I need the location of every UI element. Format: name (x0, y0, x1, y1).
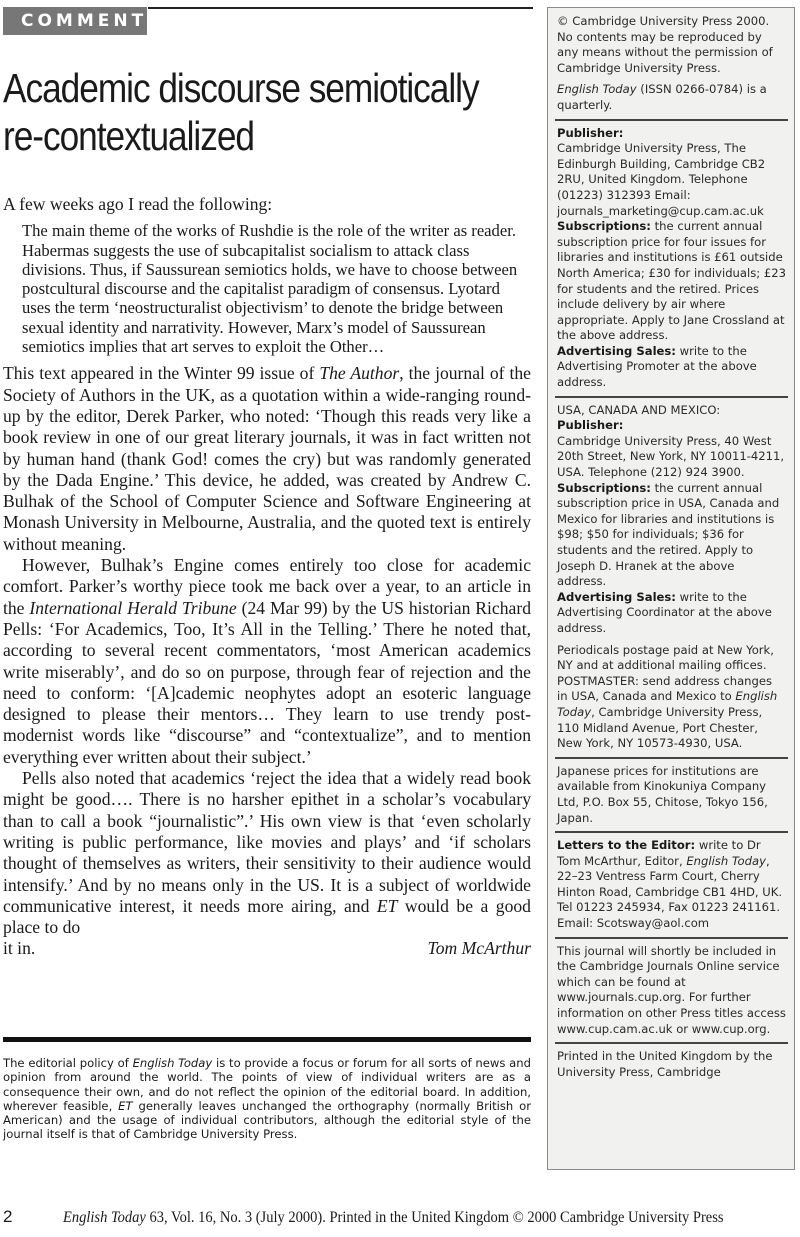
uk-advertising-label: Advertising Sales: (557, 344, 676, 358)
usa-heading: USA, CANADA AND MEXICO: (557, 403, 786, 419)
footer-journal-name: English Today (63, 1209, 146, 1226)
paragraph-3: Pells also noted that academics ‘reject … (3, 768, 531, 938)
paragraph-1-text-b: , the journal of the Society of Authors … (3, 363, 531, 553)
usa-subscriptions: Subscriptions: the current annual subscr… (557, 481, 786, 590)
usa-publisher-block: USA, CANADA AND MEXICO: Publisher: Cambr… (557, 403, 786, 757)
usa-advertising-label: Advertising Sales: (557, 590, 676, 604)
paragraph-1-text-a: This text appeared in the Winter 99 issu… (3, 363, 319, 383)
paragraph-3-last-line: it in. (3, 938, 35, 959)
article-body: A few weeks ago I read the following: Th… (3, 194, 531, 960)
journal-citation: English Today 63, Vol. 16, No. 3 (July 2… (63, 1208, 724, 1228)
paragraph-2-text-b: (24 Mar 99) by the US historian Richard … (3, 598, 531, 767)
japan-block: Japanese prices for institutions are ava… (557, 764, 786, 831)
sidebar-divider (555, 396, 788, 398)
page-number: 2 (3, 1207, 63, 1227)
article-title: Academic discourse semiotically re-conte… (3, 64, 459, 160)
policy-journal-abbrev: ET (118, 1099, 132, 1113)
copyright-block: © Cambridge University Press 2000. No co… (557, 14, 786, 119)
publication-abbrev-et: ET (377, 896, 398, 916)
bottom-rule-divider (3, 1037, 531, 1042)
online-block: This journal will shortly be included in… (557, 944, 786, 1043)
author-signature: Tom McArthur (428, 938, 531, 959)
publication-title-iht: International Herald Tribune (29, 598, 236, 618)
paragraph-3-text-a: Pells also noted that academics ‘reject … (3, 768, 531, 916)
issn-journal-name: English Today (557, 82, 637, 96)
uk-publisher-address: Cambridge University Press, The Edinburg… (557, 141, 786, 219)
policy-text-a: The editorial policy of (3, 1056, 133, 1070)
uk-publisher-block: Publisher: Cambridge University Press, T… (557, 126, 786, 396)
editorial-policy: The editorial policy of English Today is… (3, 1056, 531, 1142)
usa-subscriptions-text: the current annual subscription price in… (557, 481, 779, 589)
letters-block: Letters to the Editor: write to Dr Tom M… (557, 838, 786, 937)
usa-subscriptions-label: Subscriptions: (557, 481, 651, 495)
sidebar-divider (555, 757, 788, 759)
policy-journal-name: English Today (133, 1056, 213, 1070)
article-intro: A few weeks ago I read the following: (3, 194, 531, 215)
publication-title-the-author: The Author (319, 363, 399, 383)
sidebar-divider (555, 1042, 788, 1044)
copyright-notice: © Cambridge University Press 2000. No co… (557, 14, 786, 76)
top-rule-divider (148, 7, 533, 9)
printer-notice: Printed in the United Kingdom by the Uni… (557, 1049, 786, 1080)
editor-email: Email: Scotsway@aol.com (557, 916, 786, 932)
letters-journal-name: English Today (686, 854, 766, 868)
uk-subscriptions-label: Subscriptions: (557, 219, 651, 233)
title-line-1: Academic discourse semiotically (3, 65, 479, 111)
quoted-passage: The main theme of the works of Rushdie i… (22, 221, 531, 356)
uk-subscriptions: Subscriptions: the current annual subscr… (557, 219, 786, 344)
paragraph-1: This text appeared in the Winter 99 issu… (3, 363, 531, 555)
page-footer: 2English Today 63, Vol. 16, No. 3 (July … (3, 1207, 800, 1228)
sidebar-divider (555, 119, 788, 121)
sidebar-divider (555, 831, 788, 833)
publisher-info-sidebar: © Cambridge University Press 2000. No co… (547, 7, 795, 1170)
issn-notice: English Today (ISSN 0266-0784) is a quar… (557, 82, 786, 113)
uk-advertising: Advertising Sales: write to the Advertis… (557, 344, 786, 391)
signoff-line: it in. Tom McArthur (3, 938, 531, 959)
usa-publisher-address: Cambridge University Press, 40 West 20th… (557, 434, 786, 481)
uk-subscriptions-text: the current annual subscription price fo… (557, 219, 786, 342)
postmaster-notice: POSTMASTER: send address changes in USA,… (557, 674, 786, 752)
usa-advertising: Advertising Sales: write to the Advertis… (557, 590, 786, 637)
online-notice: This journal will shortly be included in… (557, 944, 786, 1038)
letters-label: Letters to the Editor: (557, 838, 695, 852)
usa-publisher-label: Publisher: (557, 418, 623, 432)
postage-notice: Periodicals postage paid at New York, NY… (557, 643, 786, 674)
letters-to-editor: Letters to the Editor: write to Dr Tom M… (557, 838, 786, 916)
sidebar-divider (555, 937, 788, 939)
japan-prices: Japanese prices for institutions are ava… (557, 764, 786, 826)
uk-publisher-label: Publisher: (557, 126, 623, 140)
printer-block: Printed in the United Kingdom by the Uni… (557, 1049, 786, 1085)
section-tag: COMMENT (3, 7, 147, 35)
title-line-2: re-contextualized (3, 113, 254, 159)
paragraph-2: However, Bulhak’s Engine comes entirely … (3, 555, 531, 768)
footer-citation-text: 63, Vol. 16, No. 3 (July 2000). Printed … (146, 1209, 724, 1226)
